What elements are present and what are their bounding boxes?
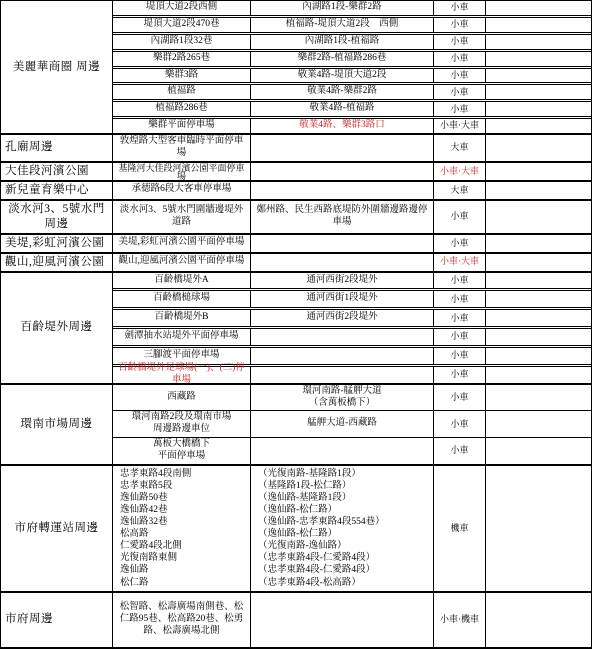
location-cell: 環河南路2段及環南市場 周邊路邊車位 xyxy=(113,411,251,437)
vehicle-type-cell: 小車 xyxy=(434,35,486,49)
table-row: 敦煌路大型客車臨時平面停車場大車 xyxy=(113,135,591,161)
notes-cell xyxy=(486,182,591,199)
location-cell: 三腳渡平面停車場 xyxy=(113,348,251,364)
vehicle-type-cell: 小車 xyxy=(434,18,486,32)
table-row: 樂群平面停車場敬業4路、樂群3路口小車·大車 xyxy=(113,116,591,133)
notes-cell xyxy=(486,291,591,307)
table-row: 植福路敬業4路-樂群2路小車 xyxy=(113,82,591,99)
location-cell: 植福路 xyxy=(113,85,251,99)
vehicle-type-cell: 小車 xyxy=(434,102,486,116)
vehicle-type-cell: 小車 xyxy=(434,273,486,289)
location-cell: 植福路286巷 xyxy=(113,102,251,116)
section-rows: 淡水河3、5號水門圍牆邊堤外道路鄭州路、民生西路底堤防外圍牆邊路邊停車場小車 xyxy=(113,201,591,233)
section-10: 市府轉運站周邊忠孝東路4段南側 忠孝東路5段 逸仙路50巷 逸仙路42巷 逸仙路… xyxy=(1,466,591,593)
table-row: 基隆河大佳段河濱公園平面停車場小車·大車 xyxy=(113,163,591,180)
section-4: 新兒童育樂中心承德路6段大客車停車場大車 xyxy=(1,182,591,201)
notes-cell xyxy=(486,593,591,647)
notes-cell xyxy=(486,385,591,411)
notes-cell xyxy=(486,35,591,49)
vehicle-type-cell: 機車 xyxy=(434,466,486,591)
section-8: 百齡堤外周邊百齡橋堤外A通河西街2段堤外小車百齡橋槌球場通河西街1段堤外小車百齡… xyxy=(1,273,591,385)
notes-cell xyxy=(486,367,591,383)
location-cell: 百齡橋堤外B xyxy=(113,310,251,326)
section-7: 觀山,迎風河濱公園觀山,迎風河濱公園平面停車場小車·大車 xyxy=(1,254,591,273)
cross-street-cell: 內湖路1段-植福路 xyxy=(251,35,434,49)
cross-street-cell xyxy=(251,348,434,364)
location-cell: 敦煌路大型客車臨時平面停車場 xyxy=(113,135,251,161)
vehicle-type-cell: 小車 xyxy=(434,329,486,345)
cross-street-cell: 鄭州路、民生西路底堤防外圍牆邊路邊停車場 xyxy=(251,201,434,233)
table-row: 堤頂大道2段西側內湖路1段-樂群2路小車 xyxy=(113,1,591,15)
section-rows: 百齡橋堤外A通河西街2段堤外小車百齡橋槌球場通河西街1段堤外小車百齡橋堤外B通河… xyxy=(113,273,591,383)
table-row: 環河南路2段及環南市場 周邊路邊車位艋舺大道-西藏路小車 xyxy=(113,410,591,437)
notes-cell xyxy=(486,254,591,271)
vehicle-type-cell: 小車 xyxy=(434,385,486,411)
location-cell: 堤頂大道2段470巷 xyxy=(113,18,251,32)
vehicle-type-cell: 小車 xyxy=(434,310,486,326)
cross-street-cell: 環河南路-艋舺大道 （含萬板橋下） xyxy=(251,385,434,411)
cross-street-cell xyxy=(251,367,434,383)
vehicle-type-cell: 小車 xyxy=(434,1,486,15)
table-row: 植福路286巷敬業4路-植福路小車 xyxy=(113,99,591,116)
cross-street-cell: 艋舺大道-西藏路 xyxy=(251,411,434,437)
notes-cell xyxy=(486,411,591,437)
cross-street-cell xyxy=(251,235,434,252)
table-row: 樂群3路敬業4路-堤頂大道2段小車 xyxy=(113,66,591,83)
table-row: 忠孝東路4段南側 忠孝東路5段 逸仙路50巷 逸仙路42巷 逸仙路32巷 松高路… xyxy=(113,466,591,591)
vehicle-type-cell: 小車·大車 xyxy=(434,163,486,180)
vehicle-type-cell: 小車·大車 xyxy=(434,254,486,271)
table-row: 承德路6段大客車停車場大車 xyxy=(113,182,591,199)
table-row: 觀山,迎風河濱公園平面停車場小車·大車 xyxy=(113,254,591,271)
location-cell: 萬板大橋橋下 平面停車場 xyxy=(113,438,251,464)
vehicle-type-cell: 小車 xyxy=(434,235,486,252)
table-row: 淡水河3、5號水門圍牆邊堤外道路鄭州路、民生西路底堤防外圍牆邊路邊停車場小車 xyxy=(113,201,591,233)
notes-cell xyxy=(486,18,591,32)
vehicle-type-cell: 小車·機車 xyxy=(434,593,486,647)
cross-street-cell: 敬業4路-堤頂大道2段 xyxy=(251,69,434,83)
area-name-cell: 美麗華商圈 周邊 xyxy=(1,1,113,133)
section-5: 淡水河3、5號水門周邊淡水河3、5號水門圍牆邊堤外道路鄭州路、民生西路底堤防外圍… xyxy=(1,201,591,235)
table-row: 百齡橋堤外足球場(一)、(二)停車場小車 xyxy=(113,364,591,383)
area-name-cell: 美堤,彩虹河濱公園 xyxy=(1,235,113,252)
vehicle-type-cell: 小車 xyxy=(434,201,486,233)
notes-cell xyxy=(486,235,591,252)
location-cell: 西藏路 xyxy=(113,385,251,411)
notes-cell xyxy=(486,348,591,364)
table-row: 內湖路1段32巷內湖路1段-植福路小車 xyxy=(113,32,591,49)
area-name-cell: 淡水河3、5號水門周邊 xyxy=(1,201,113,233)
notes-cell xyxy=(486,273,591,289)
notes-cell xyxy=(486,135,591,161)
location-cell: 內湖路1段32巷 xyxy=(113,35,251,49)
table-row: 三腳渡平面停車場小車 xyxy=(113,345,591,364)
cross-street-cell xyxy=(251,254,434,271)
notes-cell xyxy=(486,310,591,326)
location-cell: 樂群3路 xyxy=(113,69,251,83)
table-row: 西藏路環河南路-艋舺大道 （含萬板橋下）小車 xyxy=(113,385,591,411)
vehicle-type-cell: 小車 xyxy=(434,348,486,364)
table-row: 萬板大橋橋下 平面停車場小車 xyxy=(113,437,591,464)
cross-street-cell: 內湖路1段-樂群2路 xyxy=(251,1,434,15)
cross-street-cell xyxy=(251,163,434,180)
cross-street-cell: 敬業4路-樂群2路 xyxy=(251,85,434,99)
vehicle-type-cell: 大車 xyxy=(434,135,486,161)
cross-street-cell xyxy=(251,593,434,647)
location-cell: 百齡橋堤外A xyxy=(113,273,251,289)
vehicle-type-cell: 小車·大車 xyxy=(434,119,486,133)
cross-street-cell: 通河西街2段堤外 xyxy=(251,310,434,326)
cross-street-cell: （光復南路-基隆路1段） （基隆路1段-松仁路） （逸仙路-基隆路1段） （逸仙… xyxy=(251,466,434,591)
cross-street-cell: 敬業4路-植福路 xyxy=(251,102,434,116)
notes-cell xyxy=(486,329,591,345)
section-9: 環南市場周邊西藏路環河南路-艋舺大道 （含萬板橋下）小車環河南路2段及環南市場 … xyxy=(1,385,591,466)
location-cell: 劍潭抽水站堤外平面停車場 xyxy=(113,329,251,345)
table-row: 美堤,彩虹河濱公園平面停車場小車 xyxy=(113,235,591,252)
cross-street-cell: 敬業4路、樂群3路口 xyxy=(251,119,434,133)
notes-cell xyxy=(486,102,591,116)
notes-cell xyxy=(486,69,591,83)
location-cell: 堤頂大道2段西側 xyxy=(113,1,251,15)
notes-cell xyxy=(486,438,591,464)
notes-cell xyxy=(486,1,591,15)
cross-street-cell: 通河西街1段堤外 xyxy=(251,291,434,307)
vehicle-type-cell: 小車 xyxy=(434,85,486,99)
vehicle-type-cell: 大車 xyxy=(434,182,486,199)
section-rows: 美堤,彩虹河濱公園平面停車場小車 xyxy=(113,235,591,252)
table-row: 樂群2路265巷樂群2路-植福路286巷小車 xyxy=(113,49,591,66)
cross-street-cell: 樂群2路-植福路286巷 xyxy=(251,52,434,66)
table-row: 百齡橋槌球場通河西街1段堤外小車 xyxy=(113,288,591,307)
section-rows: 忠孝東路4段南側 忠孝東路5段 逸仙路50巷 逸仙路42巷 逸仙路32巷 松高路… xyxy=(113,466,591,591)
vehicle-type-cell: 小車 xyxy=(434,438,486,464)
area-name-cell: 新兒童育樂中心 xyxy=(1,182,113,199)
section-rows: 承德路6段大客車停車場大車 xyxy=(113,182,591,199)
vehicle-type-cell: 小車 xyxy=(434,367,486,383)
notes-cell xyxy=(486,119,591,133)
table-row: 百齡橋堤外B通河西街2段堤外小車 xyxy=(113,307,591,326)
notes-cell xyxy=(486,52,591,66)
section-rows: 基隆河大佳段河濱公園平面停車場小車·大車 xyxy=(113,163,591,180)
notes-cell xyxy=(486,201,591,233)
location-cell: 承德路6段大客車停車場 xyxy=(113,182,251,199)
location-cell: 樂群2路265巷 xyxy=(113,52,251,66)
section-rows: 敦煌路大型客車臨時平面停車場大車 xyxy=(113,135,591,161)
location-cell: 觀山,迎風河濱公園平面停車場 xyxy=(113,254,251,271)
section-2: 孔廟周邊敦煌路大型客車臨時平面停車場大車 xyxy=(1,135,591,163)
location-cell: 基隆河大佳段河濱公園平面停車場 xyxy=(113,163,251,180)
notes-cell xyxy=(486,466,591,591)
area-name-cell: 大佳段河濱公園 xyxy=(1,163,113,180)
cross-street-cell: 植福路-堤頂大道2段 西側 xyxy=(251,18,434,32)
area-name-cell: 觀山,迎風河濱公園 xyxy=(1,254,113,271)
cross-street-cell xyxy=(251,182,434,199)
area-name-cell: 百齡堤外周邊 xyxy=(1,273,113,383)
location-cell: 百齡橋槌球場 xyxy=(113,291,251,307)
notes-cell xyxy=(486,163,591,180)
location-cell: 松智路、松壽廣場南側巷、松仁路95巷、松高路20巷、松勇路、松壽廣場北側 xyxy=(113,593,251,647)
area-name-cell: 市府周邊 xyxy=(1,593,113,647)
table-row: 松智路、松壽廣場南側巷、松仁路95巷、松高路20巷、松勇路、松壽廣場北側小車·機… xyxy=(113,593,591,647)
location-cell: 忠孝東路4段南側 忠孝東路5段 逸仙路50巷 逸仙路42巷 逸仙路32巷 松高路… xyxy=(113,466,251,591)
section-rows: 西藏路環河南路-艋舺大道 （含萬板橋下）小車環河南路2段及環南市場 周邊路邊車位… xyxy=(113,385,591,464)
table-row: 堤頂大道2段470巷植福路-堤頂大道2段 西側小車 xyxy=(113,15,591,32)
table-row: 劍潭抽水站堤外平面停車場小車 xyxy=(113,326,591,345)
location-cell: 美堤,彩虹河濱公園平面停車場 xyxy=(113,235,251,252)
section-1: 美麗華商圈 周邊堤頂大道2段西側內湖路1段-樂群2路小車堤頂大道2段470巷植福… xyxy=(1,1,591,135)
section-rows: 松智路、松壽廣場南側巷、松仁路95巷、松高路20巷、松勇路、松壽廣場北側小車·機… xyxy=(113,593,591,647)
vehicle-type-cell: 小車 xyxy=(434,291,486,307)
area-name-cell: 環南市場周邊 xyxy=(1,385,113,464)
vehicle-type-cell: 小車 xyxy=(434,52,486,66)
area-name-cell: 市府轉運站周邊 xyxy=(1,466,113,591)
area-name-cell: 孔廟周邊 xyxy=(1,135,113,161)
notes-cell xyxy=(486,85,591,99)
cross-street-cell: 通河西街2段堤外 xyxy=(251,273,434,289)
cross-street-cell xyxy=(251,438,434,464)
vehicle-type-cell: 小車 xyxy=(434,69,486,83)
section-3: 大佳段河濱公園基隆河大佳段河濱公園平面停車場小車·大車 xyxy=(1,163,591,182)
cross-street-cell xyxy=(251,135,434,161)
section-rows: 堤頂大道2段西側內湖路1段-樂群2路小車堤頂大道2段470巷植福路-堤頂大道2段… xyxy=(113,1,591,133)
section-rows: 觀山,迎風河濱公園平面停車場小車·大車 xyxy=(113,254,591,271)
location-cell: 百齡橋堤外足球場(一)、(二)停車場 xyxy=(113,367,251,383)
cross-street-cell xyxy=(251,329,434,345)
table-row: 百齡橋堤外A通河西街2段堤外小車 xyxy=(113,273,591,289)
section-11: 市府周邊松智路、松壽廣場南側巷、松仁路95巷、松高路20巷、松勇路、松壽廣場北側… xyxy=(1,593,591,647)
section-6: 美堤,彩虹河濱公園美堤,彩虹河濱公園平面停車場小車 xyxy=(1,235,591,254)
vehicle-type-cell: 小車 xyxy=(434,411,486,437)
location-cell: 樂群平面停車場 xyxy=(113,119,251,133)
location-cell: 淡水河3、5號水門圍牆邊堤外道路 xyxy=(113,201,251,233)
parking-area-table: 美麗華商圈 周邊堤頂大道2段西側內湖路1段-樂群2路小車堤頂大道2段470巷植福… xyxy=(0,0,592,649)
